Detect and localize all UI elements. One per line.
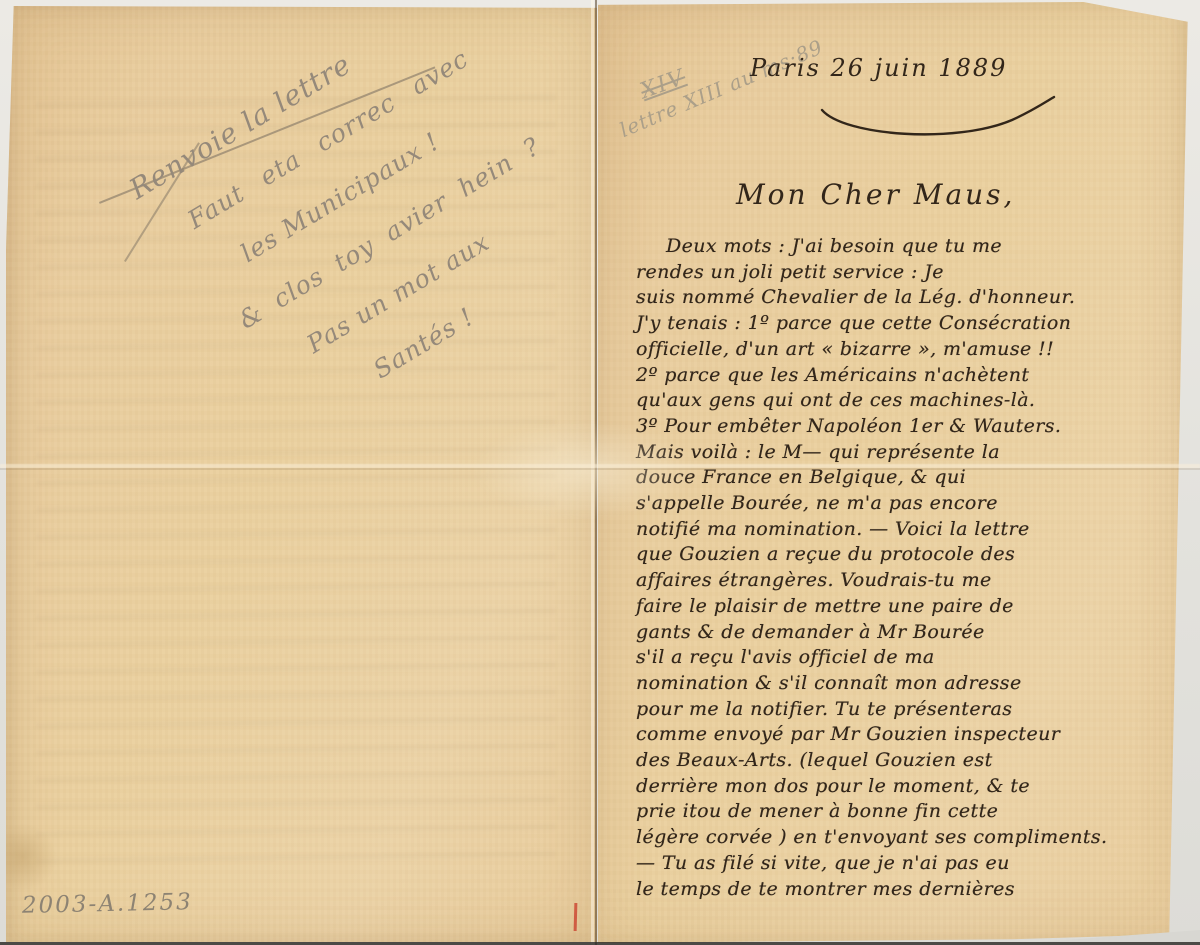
- handwriting-line: rendes un joli petit service : Je: [636, 260, 1184, 286]
- handwriting-line: suis nommé Chevalier de la Lég. d'honneu…: [636, 285, 1184, 311]
- handwriting-line: J'y tenais : 1º parce que cette Consécra…: [636, 311, 1184, 337]
- letter-body: Deux mots : J'ai besoin que tu merendes …: [636, 234, 1184, 902]
- handwriting-line: nomination & s'il connaît mon adresse: [636, 671, 1184, 697]
- inventory-number: 2003-A.1253: [22, 889, 193, 919]
- letter-scan: Renvoie la lettreFaut eta correc avecles…: [0, 0, 1200, 945]
- handwriting-line: comme envoyé par Mr Gouzien inspecteur: [636, 722, 1184, 748]
- handwriting-line: légère corvée ) en t'envoyant ses compli…: [636, 825, 1184, 851]
- handwriting-line: le temps de te montrer mes dernières: [636, 877, 1184, 903]
- dateline: Paris 26 juin 1889: [750, 54, 1007, 82]
- handwriting-line: 3º Pour embêter Napoléon 1er & Wauters.: [636, 414, 1184, 440]
- fold-wrinkle: [470, 420, 700, 520]
- salutation: Mon Cher Maus,: [736, 178, 1015, 211]
- handwriting-line: derrière mon dos pour le moment, & te: [636, 774, 1184, 800]
- handwriting-line: Deux mots : J'ai besoin que tu me: [636, 234, 1184, 260]
- handwriting-line: faire le plaisir de mettre une paire de: [636, 594, 1184, 620]
- handwriting-line: — Tu as filé si vite, que je n'ai pas eu: [636, 851, 1184, 877]
- handwriting-line: des Beaux-Arts. (lequel Gouzien est: [636, 748, 1184, 774]
- handwriting-line: pour me la notifier. Tu te présenteras: [636, 697, 1184, 723]
- handwriting-line: 2º parce que les Américains n'achètent: [636, 363, 1184, 389]
- dateline-flourish: [816, 94, 1066, 146]
- handwriting-line: Mais voilà : le M— qui représente la: [636, 440, 1184, 466]
- handwriting-line: s'appelle Bourée, ne m'a pas encore: [636, 491, 1184, 517]
- handwriting-line: officielle, d'un art « bizarre », m'amus…: [636, 337, 1184, 363]
- horizontal-crease-shadow: [0, 468, 1200, 470]
- handwriting-line: notifié ma nomination. — Voici la lettre: [636, 517, 1184, 543]
- handwriting-line: s'il a reçu l'avis officiel de ma: [636, 645, 1184, 671]
- handwriting-line: prie itou de mener à bonne fin cette: [636, 799, 1184, 825]
- handwriting-line: qu'aux gens qui ont de ces machines-là.: [636, 388, 1184, 414]
- handwriting-line: que Gouzien a reçue du protocole des: [636, 542, 1184, 568]
- handwriting-line: affaires étrangères. Voudrais-tu me: [636, 568, 1184, 594]
- handwriting-line: gants & de demander à Mr Bourée: [636, 620, 1184, 646]
